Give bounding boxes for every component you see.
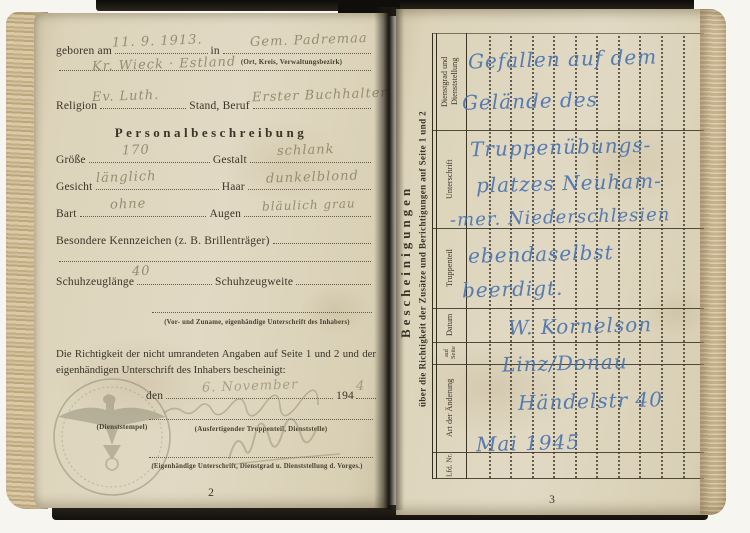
geboren-value: 11. 9. 1913. xyxy=(112,32,203,50)
stand-beruf-label: Stand, Beruf xyxy=(189,100,250,112)
left-page: geboren am in 11. 9. 1913. Gem. Padremaa… xyxy=(34,13,388,508)
bart-value: ohne xyxy=(110,196,147,212)
column-header-truppenteil: Truppenteil xyxy=(435,228,465,308)
table-rule xyxy=(432,478,704,479)
column-header-art-der-aenderung: Art der Änderung xyxy=(435,364,465,452)
ink-line: beerdigt. xyxy=(462,276,564,303)
column-header-lfd-nr: Lfd. Nr. xyxy=(435,452,465,478)
ink-line: Linz/Donau xyxy=(502,349,628,376)
owner-sig-caption: (Vor- und Zuname, eigenhändige Unterschr… xyxy=(132,319,382,326)
dotted-line xyxy=(250,160,371,163)
dotted-line xyxy=(244,214,371,217)
dotted-line xyxy=(248,187,371,190)
page-number-right: 3 xyxy=(432,494,672,506)
field-kennzeichen: Besondere Kennzeichen (z. B. Brillenträg… xyxy=(56,235,374,247)
table-rule xyxy=(432,33,704,34)
groesse-value: 170 xyxy=(122,143,150,159)
dotted-line xyxy=(96,187,219,190)
dotted-line xyxy=(59,259,371,262)
field-kennzeichen-line2 xyxy=(56,259,374,265)
schuh-laenge-label: Schuhzeuglänge xyxy=(56,276,134,288)
ink-date: Mai 1945 xyxy=(476,430,581,457)
table-dotted-rule xyxy=(683,36,685,478)
owner-signature-line xyxy=(149,310,375,316)
column-header-datum: Datum xyxy=(435,308,465,342)
ink-line: Gefallen auf dem xyxy=(468,45,658,74)
schuh-laenge-value: 40 xyxy=(132,264,151,280)
book-spine xyxy=(374,7,404,510)
gesicht-label: Gesicht xyxy=(56,181,93,193)
column-header-auf-seite: auf Seite xyxy=(435,342,465,364)
dotted-line xyxy=(253,106,371,109)
page-number-left: 2 xyxy=(34,487,388,499)
geboren-label: geboren am xyxy=(56,45,112,57)
ink-line: -mer. Niederschlesien xyxy=(450,204,671,231)
religion-label: Religion xyxy=(56,100,97,112)
dotted-line xyxy=(137,282,212,285)
bart-label: Bart xyxy=(56,208,77,220)
faint-handwriting-marks xyxy=(134,371,384,481)
bescheinigungen-subtitle: über die Richtigkeit der Zusätze und Ber… xyxy=(415,31,430,487)
religion-value: Ev. Luth. xyxy=(92,88,160,105)
groesse-label: Größe xyxy=(56,154,86,166)
dotted-line xyxy=(115,51,208,54)
field-schuhzeug: Schuhzeuglänge Schuhzeugweite xyxy=(56,276,374,288)
dotted-line xyxy=(89,160,210,163)
dotted-line xyxy=(80,214,207,217)
dotted-line xyxy=(223,51,371,54)
dotted-line xyxy=(100,106,186,109)
ink-line: Händelstr 40 xyxy=(518,387,664,415)
page-fore-edge xyxy=(700,9,726,515)
dotted-line xyxy=(296,282,371,285)
soldbuch-scan: geboren am in 11. 9. 1913. Gem. Padremaa… xyxy=(0,0,750,533)
column-header-dienstgrad: Dienstgrad und Dienststellung xyxy=(435,33,465,130)
dotted-line xyxy=(152,310,372,313)
augen-label: Augen xyxy=(209,208,241,220)
gestalt-value: schlank xyxy=(277,142,335,159)
table-rule xyxy=(432,342,704,343)
haar-label: Haar xyxy=(222,181,245,193)
ink-line: platzes Neuham- xyxy=(476,169,662,198)
schuh-weite-label: Schuhzeugweite xyxy=(215,276,293,288)
ink-line: Truppenübungs- xyxy=(470,133,652,162)
section-title: Personalbeschreibung xyxy=(34,125,388,141)
ink-line: Gelände des xyxy=(462,87,599,115)
kennzeichen-label: Besondere Kennzeichen (z. B. Brillenträg… xyxy=(56,235,270,247)
dotted-line xyxy=(273,241,371,244)
right-page: Bescheinigungen über die Richtigkeit der… xyxy=(396,9,726,515)
ink-line: ebendaselbst xyxy=(468,240,614,268)
table-dotted-rule xyxy=(661,36,663,478)
table-rule xyxy=(432,130,704,131)
gesicht-value: länglich xyxy=(96,169,157,186)
table-rule xyxy=(432,308,704,309)
gestalt-label: Gestalt xyxy=(213,154,247,166)
ink-signature: W. Kornelson xyxy=(508,312,653,340)
